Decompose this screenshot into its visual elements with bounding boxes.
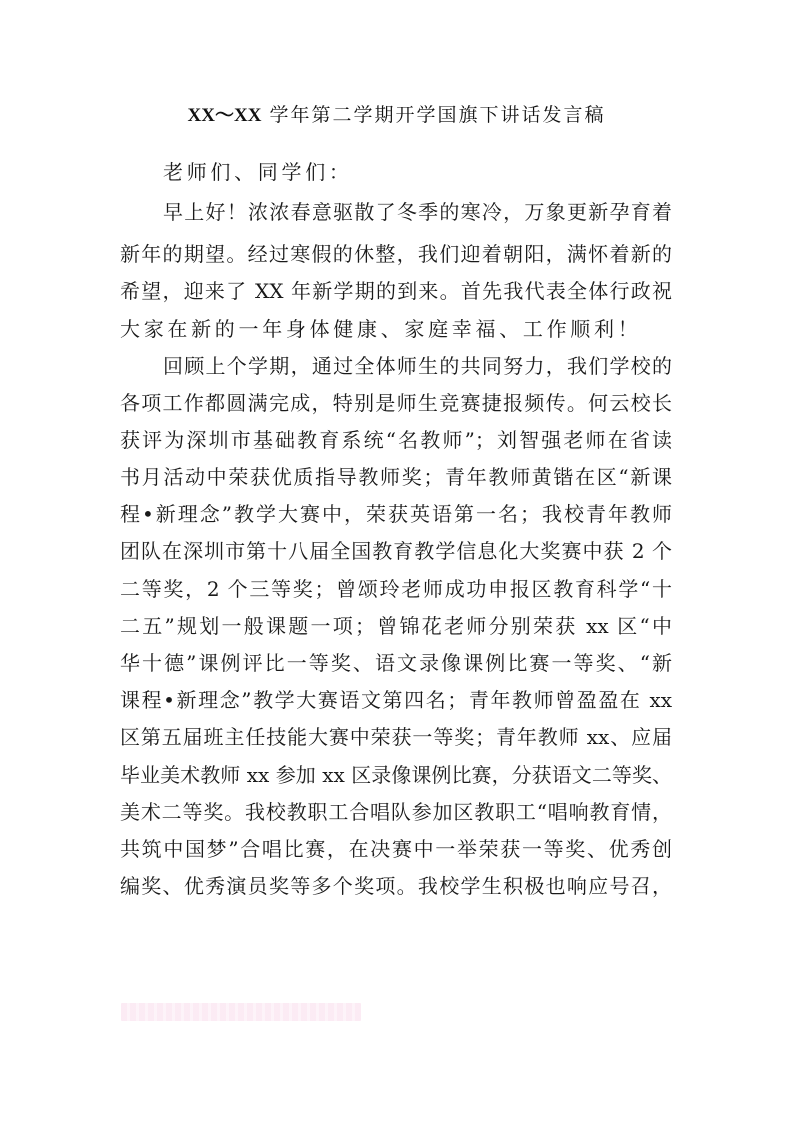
body-text-line: 毕业美术教师 xx 参加 xx 区录像课例比赛，分获语文二等奖、 — [120, 763, 672, 787]
title-prefix: XX～XX — [188, 105, 262, 126]
body-text-line: 美术二等奖。我校教职工合唱队参加区教职工“唱响教育情， — [120, 800, 672, 824]
body-text-line: 二等奖，2 个三等奖；曾颂玲老师成功申报区教育科学“十 — [120, 577, 672, 601]
body-text-line: 早上好！浓浓春意驱散了冬季的寒冷，万象更新孕育着 — [163, 200, 672, 224]
body-text-line: 回顾上个学期，通过全体师生的共同努力，我们学校的 — [163, 354, 672, 378]
body-text-line: 新年的期望。经过寒假的休整，我们迎着朝阳，满怀着新的 — [120, 242, 672, 266]
body-text-line: 团队在深圳市第十八届全国教育教学信息化大奖赛中获 2 个 — [120, 539, 672, 563]
body-text-line: 各项工作都圆满完成，特别是师生竞赛捷报频传。何云校长 — [120, 391, 672, 415]
document-title: XX～XX 学年第二学期开学国旗下讲话发言稿 — [0, 100, 793, 127]
body-text-line: 华十德”课例评比一等奖、语文录像课例比赛一等奖、“新 — [120, 651, 672, 675]
body-text-line: 编奖、优秀演员奖等多个奖项。我校学生积极也响应号召， — [120, 874, 672, 898]
body-text-line: 获评为深圳市基础教育系统“名教师”；刘智强老师在省读 — [120, 428, 672, 452]
body-text-line: 区第五届班主任技能大赛中荣获一等奖；青年教师 xx、应届 — [120, 725, 672, 749]
body-text-line: 大家在新的一年身体健康、家庭幸福、工作顺利！ — [120, 317, 672, 341]
body-text-line: 课程•新理念”教学大赛语文第四名；青年教师曾盈盈在 xx — [120, 688, 672, 712]
title-text: 学年第二学期开学国旗下讲话发言稿 — [261, 104, 605, 126]
body-text-line: 书月活动中荣获优质指导教师奖；青年教师黄锴在区“新课 — [120, 465, 672, 489]
faint-watermark — [121, 1003, 361, 1021]
body-text-line: 程•新理念”教学大赛中，荣获英语第一名；我校青年教师 — [120, 502, 672, 526]
body-text-line: 希望，迎来了 XX 年新学期的到来。首先我代表全体行政祝 — [120, 279, 672, 303]
document-page: XX～XX 学年第二学期开学国旗下讲话发言稿 老师们、同学们：早上好！浓浓春意驱… — [0, 0, 793, 1122]
body-text-line: 共筑中国梦”合唱比赛，在决赛中一举荣获一等奖、优秀创 — [120, 837, 672, 861]
body-text-line: 二五”规划一般课题一项；曾锦花老师分别荣获 xx 区“中 — [120, 614, 672, 638]
body-text-line: 老师们、同学们： — [163, 160, 672, 184]
